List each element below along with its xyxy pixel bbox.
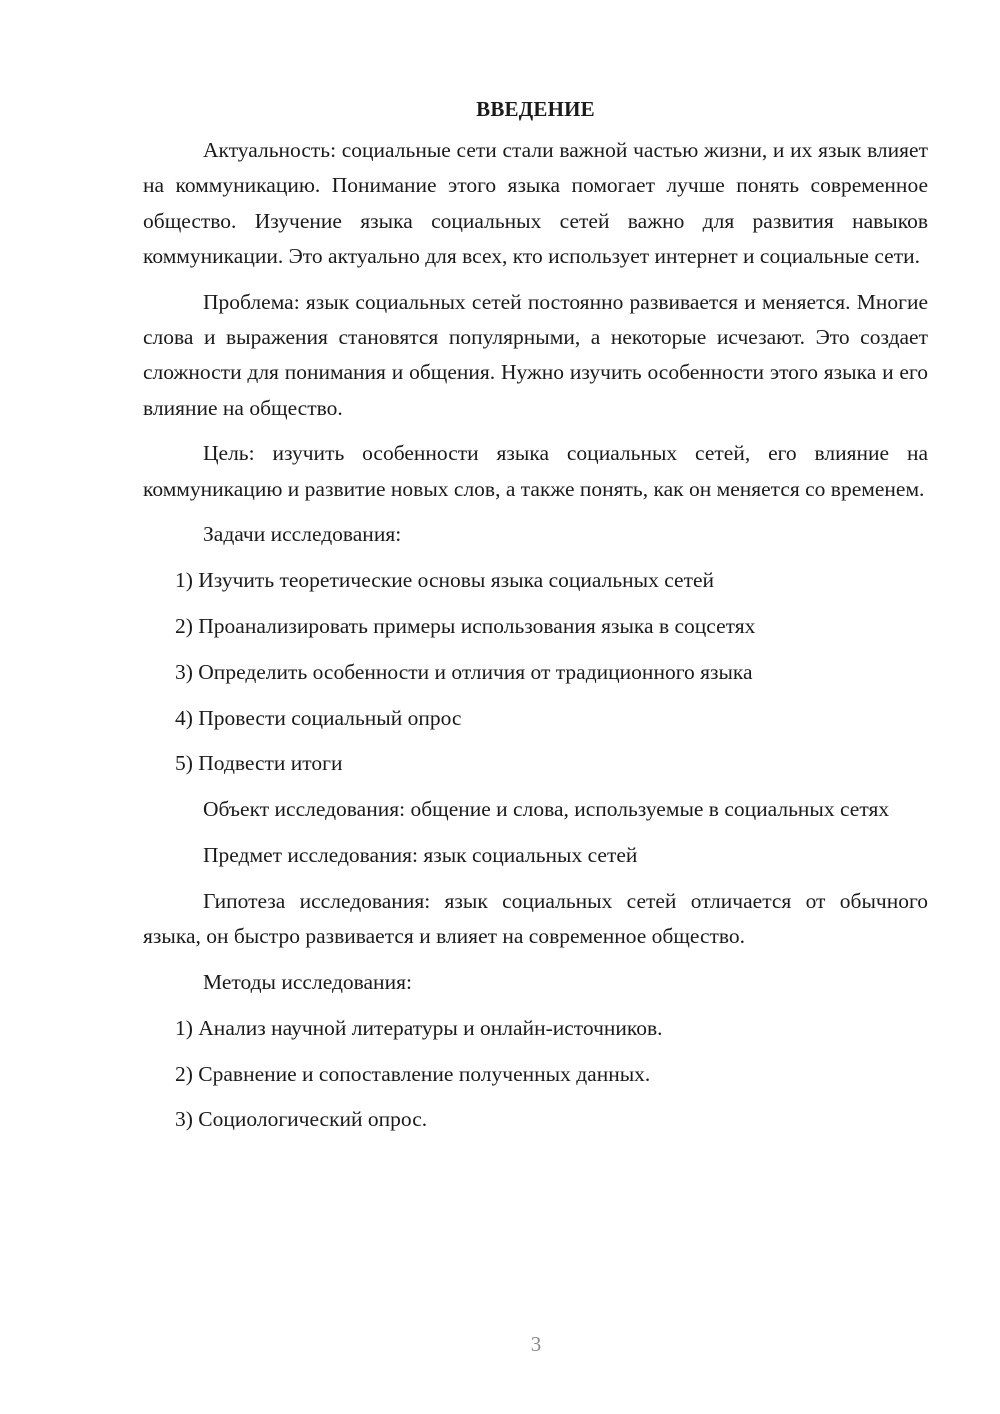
methods-heading: Методы исследования: [143,965,928,1000]
problem-paragraph: Проблема: язык социальных сетей постоянн… [143,285,928,426]
object-paragraph: Объект исследования: общение и слова, ис… [143,792,928,827]
task-item: 5) Подвести итоги [143,746,928,781]
method-item: 2) Сравнение и сопоставление полученных … [143,1057,928,1092]
method-item: 3) Социологический опрос. [143,1102,928,1137]
goal-paragraph: Цель: изучить особенности языка социальн… [143,436,928,507]
hypothesis-paragraph: Гипотеза исследования: язык социальных с… [143,884,928,955]
task-item: 3) Определить особенности и отличия от т… [143,655,928,690]
page-number: 3 [0,1332,1000,1357]
task-item: 4) Провести социальный опрос [143,701,928,736]
subject-paragraph: Предмет исследования: язык социальных се… [143,838,928,873]
relevance-paragraph: Актуальность: социальные сети стали важн… [143,133,928,274]
document-page: ВВЕДЕНИЕ Актуальность: социальные сети с… [143,92,928,1148]
task-item: 1) Изучить теоретические основы языка со… [143,563,928,598]
tasks-heading: Задачи исследования: [143,517,928,552]
methods-list: 1) Анализ научной литературы и онлайн-ис… [143,1011,928,1138]
task-item: 2) Проанализировать примеры использовани… [143,609,928,644]
method-item: 1) Анализ научной литературы и онлайн-ис… [143,1011,928,1046]
page-title: ВВЕДЕНИЕ [143,92,928,127]
tasks-list: 1) Изучить теоретические основы языка со… [143,563,928,781]
